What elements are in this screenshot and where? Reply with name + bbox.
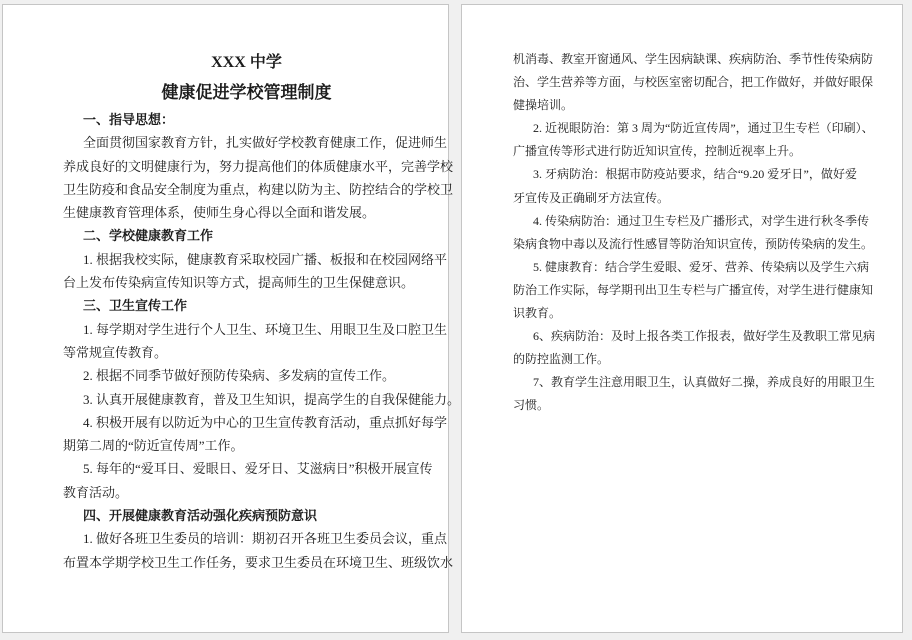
paragraph: 7、教育学生注意用眼卫生，认真做好二操，养成良好的用眼卫生习惯。 [513,371,857,417]
document-page-1: XXX 中学健康促进学校管理制度一、指导思想：全面贯彻国家教育方针，扎实做好学校… [2,4,449,633]
paragraph: 3. 牙病防治：根据市防疫站要求，结合“9.20 爱牙日”，做好爱牙宣传及正确刷… [513,163,857,209]
text-line: 3. 认真开展健康教育，普及卫生知识，提高学生的自我保健能力。 [63,388,430,411]
text-line: 5. 健康教育：结合学生爱眼、爱牙、营养、传染病以及学生六病 [513,256,857,279]
paragraph: 3. 认真开展健康教育，普及卫生知识，提高学生的自我保健能力。 [63,388,430,411]
paragraph: 全面贯彻国家教育方针，扎实做好学校教育健康工作，促进师生养成良好的文明健康行为，… [63,131,430,224]
document-title: XXX 中学 [63,48,430,78]
text-line: 健操培训。 [513,94,857,117]
text-line: 习惯。 [513,394,857,417]
text-line: 1. 每学期对学生进行个人卫生、环境卫生、用眼卫生及口腔卫生 [63,318,430,341]
paragraph: 1. 做好各班卫生委员的培训：期初召开各班卫生委员会议，重点布置本学期学校卫生工… [63,527,430,574]
text-line: 1. 根据我校实际，健康教育采取校园广播、板报和在校园网络平 [63,248,430,271]
text-line: 广播宣传等形式进行防近知识宣传，控制近视率上升。 [513,140,857,163]
paragraph: 6、疾病防治：及时上报各类工作报表，做好学生及教职工常见病的防控监测工作。 [513,325,857,371]
text-line: 布置本学期学校卫生工作任务，要求卫生委员在环境卫生、班级饮水 [63,551,430,574]
paragraph: 4. 传染病防治：通过卫生专栏及广播形式，对学生进行秋冬季传染病食物中毒以及流行… [513,210,857,256]
section-heading: 三、卫生宣传工作 [63,294,430,317]
text-line: 4. 积极开展有以防近为中心的卫生宣传教育活动，重点抓好每学 [63,411,430,434]
text-line: 养成良好的文明健康行为，努力提高他们的体质健康水平，完善学校 [63,155,430,178]
paragraph: 2. 近视眼防治：第 3 周为“防近宣传周”，通过卫生专栏（印刷）、广播宣传等形… [513,117,857,163]
text-line: 牙宣传及正确刷牙方法宣传。 [513,187,857,210]
text-line: 治、学生营养等方面，与校医室密切配合，把工作做好，并做好眼保 [513,71,857,94]
text-line: 期第二周的“防近宣传周”工作。 [63,434,430,457]
text-line: 5. 每年的“爱耳日、爱眼日、爱牙日、艾滋病日”积极开展宣传 [63,457,430,480]
section-heading: 一、指导思想： [63,108,430,131]
text-line: 的防控监测工作。 [513,348,857,371]
text-line: 4. 传染病防治：通过卫生专栏及广播形式，对学生进行秋冬季传 [513,210,857,233]
text-line: 染病食物中毒以及流行性感冒等防治知识宣传，预防传染病的发生。 [513,233,857,256]
paragraph: 1. 根据我校实际，健康教育采取校园广播、板报和在校园网络平台上发布传染病宣传知… [63,248,430,295]
text-line: 2. 根据不同季节做好预防传染病、多发病的宣传工作。 [63,364,430,387]
text-line: 7、教育学生注意用眼卫生，认真做好二操，养成良好的用眼卫生 [513,371,857,394]
paragraph: 2. 根据不同季节做好预防传染病、多发病的宣传工作。 [63,364,430,387]
document-page-2: 机消毒、教室开窗通风、学生因病缺课、疾病防治、季节性传染病防治、学生营养等方面，… [461,4,903,633]
paragraph: 机消毒、教室开窗通风、学生因病缺课、疾病防治、季节性传染病防治、学生营养等方面，… [513,48,857,117]
text-line: 台上发布传染病宣传知识等方式，提高师生的卫生保健意识。 [63,271,430,294]
paragraph: 1. 每学期对学生进行个人卫生、环境卫生、用眼卫生及口腔卫生等常规宣传教育。 [63,318,430,365]
text-line: 6、疾病防治：及时上报各类工作报表，做好学生及教职工常见病 [513,325,857,348]
paragraph: 5. 健康教育：结合学生爱眼、爱牙、营养、传染病以及学生六病防治工作实际，每学期… [513,256,857,325]
text-line: 3. 牙病防治：根据市防疫站要求，结合“9.20 爱牙日”，做好爱 [513,163,857,186]
paragraph: 5. 每年的“爱耳日、爱眼日、爱牙日、艾滋病日”积极开展宣传教育活动。 [63,457,430,504]
section-heading: 四、开展健康教育活动强化疾病预防意识 [63,504,430,527]
text-line: 全面贯彻国家教育方针，扎实做好学校教育健康工作，促进师生 [63,131,430,154]
text-line: 防治工作实际，每学期刊出卫生专栏与广播宣传，对学生进行健康知 [513,279,857,302]
section-heading: 二、学校健康教育工作 [63,224,430,247]
text-line: 等常规宣传教育。 [63,341,430,364]
text-line: 识教育。 [513,302,857,325]
text-line: 2. 近视眼防治：第 3 周为“防近宣传周”，通过卫生专栏（印刷）、 [513,117,857,140]
text-line: 1. 做好各班卫生委员的培训：期初召开各班卫生委员会议，重点 [63,527,430,550]
text-line: 卫生防疫和食品安全制度为重点，构建以防为主、防控结合的学校卫 [63,178,430,201]
document-canvas: XXX 中学健康促进学校管理制度一、指导思想：全面贯彻国家教育方针，扎实做好学校… [0,0,912,640]
text-line: 机消毒、教室开窗通风、学生因病缺课、疾病防治、季节性传染病防 [513,48,857,71]
paragraph: 4. 积极开展有以防近为中心的卫生宣传教育活动，重点抓好每学期第二周的“防近宣传… [63,411,430,458]
document-title: 健康促进学校管理制度 [63,78,430,108]
text-line: 生健康教育管理体系，使师生身心得以全面和谐发展。 [63,201,430,224]
text-line: 教育活动。 [63,481,430,504]
